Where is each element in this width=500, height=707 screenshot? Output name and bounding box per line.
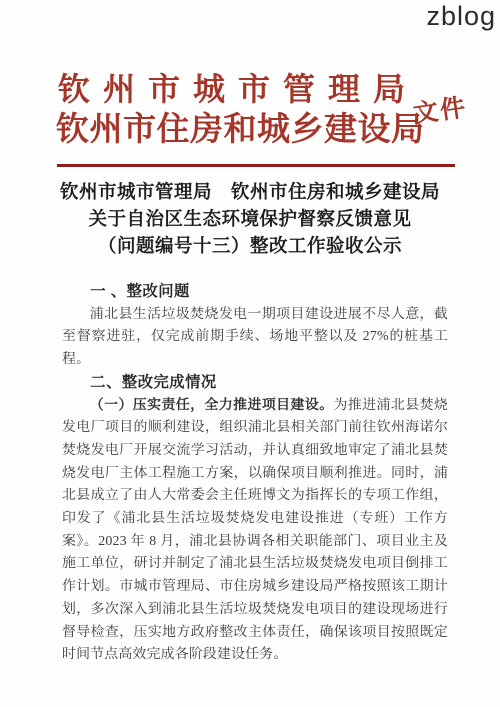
agency-name-line2: 钦州市住房和城乡建设局	[56, 103, 425, 150]
document-body: 一 、整改问题 浦北县生活垃圾焚烧发电一期项目建设进展不尽人意，截至督察进驻，仅…	[62, 281, 448, 667]
section-2-paragraph-lead: （一）压实责任，全力推进项目建设。	[90, 398, 334, 413]
section-2-paragraph: （一）压实责任，全力推进项目建设。为推进浦北县焚烧发电厂项目的顺利建设，组织浦北…	[62, 395, 448, 667]
section-1-paragraph: 浦北县生活垃圾焚烧发电一期项目建设进展不尽人意，截至督察进驻，仅完成前期手续、场…	[62, 304, 448, 372]
section-2-paragraph-rest: 为推进浦北县焚烧发电厂项目的顺利建设，组织浦北县相关部门前往钦州海诺尔焚烧发电厂…	[62, 398, 448, 663]
title-line-1: 钦州市城市管理局 钦州市住房和城乡建设局	[30, 180, 470, 207]
header-divider-rule	[57, 164, 455, 167]
document-title: 钦州市城市管理局 钦州市住房和城乡建设局 关于自治区生态环境保护督察反馈意见 （…	[30, 180, 470, 261]
title-line-3: （问题编号十三）整改工作验收公示	[30, 234, 470, 261]
watermark-logo: zblog	[426, 1, 496, 32]
doc-type-label: 文件	[411, 87, 470, 130]
section-2-heading: 二、整改完成情况	[62, 372, 448, 395]
document-page: zblog 钦州市城市管理局 钦州市住房和城乡建设局 文件 钦州市城市管理局 钦…	[0, 0, 500, 707]
section-1-heading: 一 、整改问题	[62, 281, 448, 304]
title-line-2: 关于自治区生态环境保护督察反馈意见	[30, 207, 470, 234]
